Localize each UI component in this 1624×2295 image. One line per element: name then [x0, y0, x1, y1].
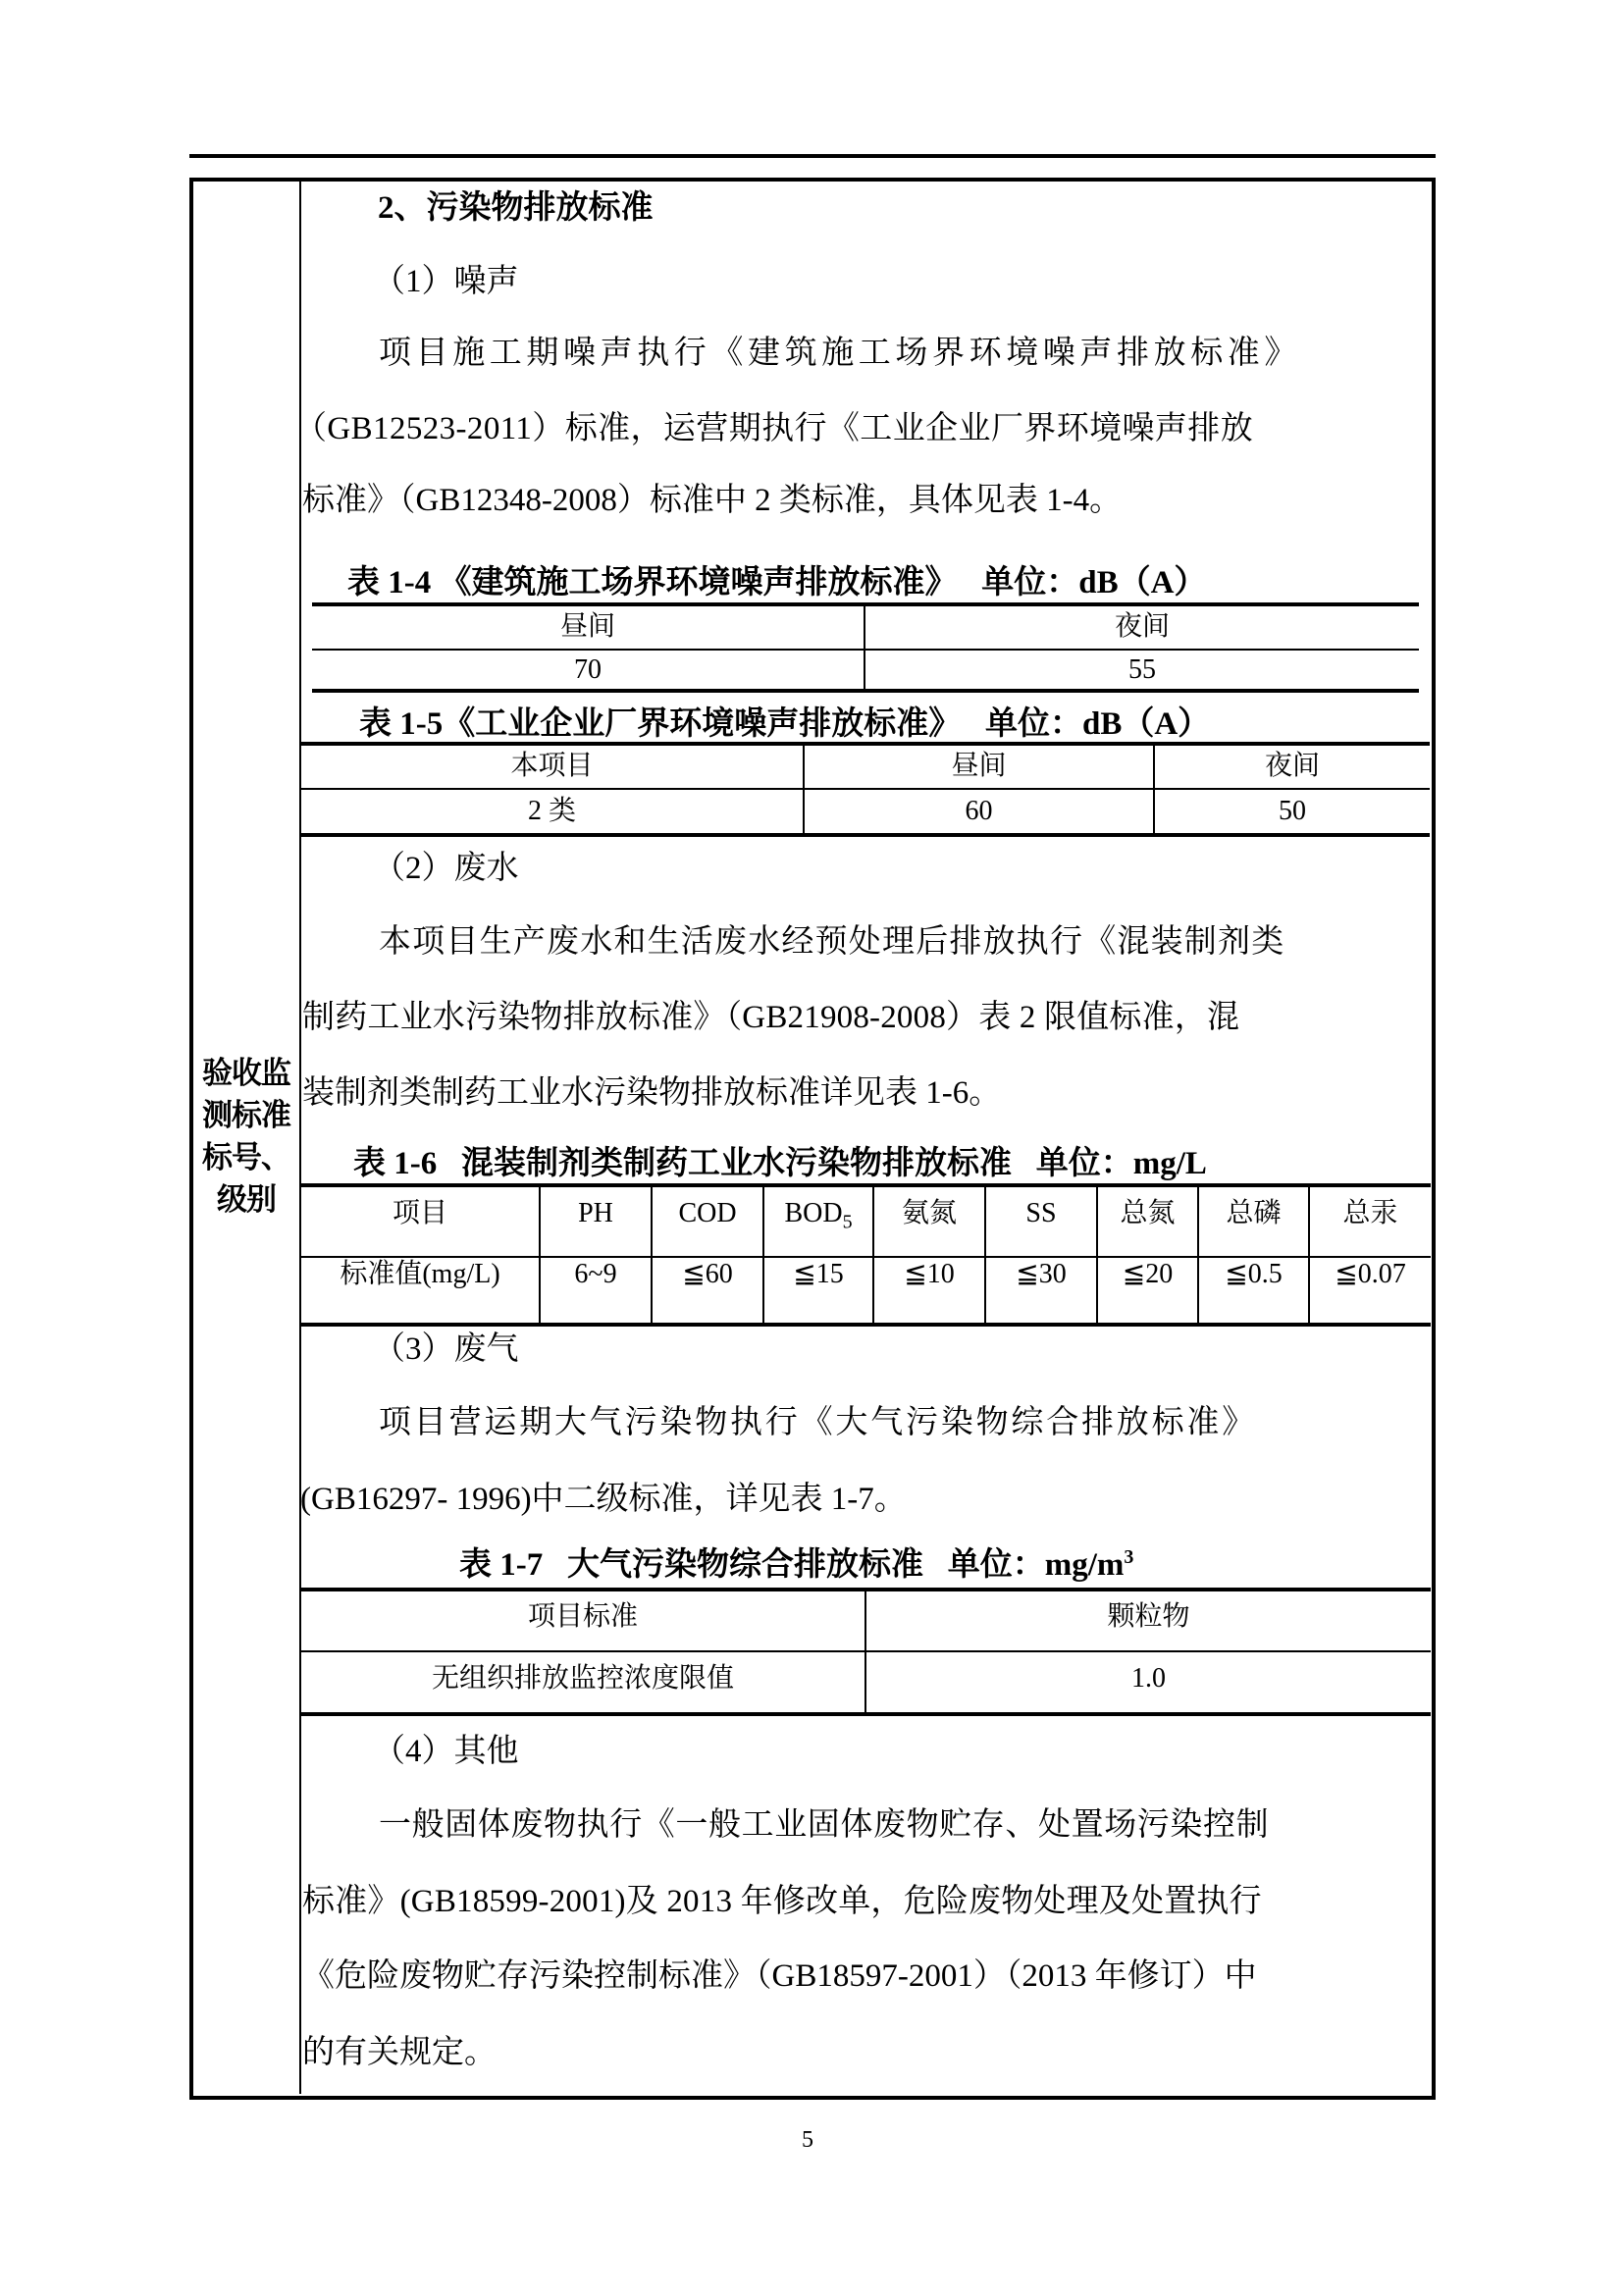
row-label-line: 标号、 — [193, 1137, 299, 1179]
bod-label: BOD — [784, 1198, 842, 1228]
other-paragraph-line: 的有关规定。 — [302, 2033, 497, 2072]
exhaust-heading: （3）废气 — [373, 1330, 519, 1369]
table-rule — [312, 602, 1419, 606]
table-1-4-header-day: 昼间 — [312, 612, 864, 642]
row-label-line: 验收监 — [193, 1053, 299, 1095]
table-1-7-value-particulate: 1.0 — [866, 1664, 1431, 1694]
row-label: 验收监 测标准 标号、 级别 — [193, 1053, 299, 1222]
table-rule — [301, 788, 1430, 790]
exhaust-paragraph-line: (GB16297- 1996)中二级标准，详见表 1-7。 — [300, 1480, 907, 1519]
table-1-5-header-project: 本项目 — [301, 752, 803, 781]
table-rule — [312, 689, 1419, 693]
wastewater-paragraph-line: 制药工业水污染物排放标准》（GB21908-2008）表 2 限值标准，混 — [302, 998, 1239, 1037]
caption-superscript: 3 — [1124, 1546, 1133, 1568]
table-1-7-header-item: 项目标准 — [301, 1602, 864, 1632]
other-paragraph-line: 标准》(GB18599-2001)及 2013 年修改单，危险废物处理及处置执行 — [302, 1882, 1262, 1921]
label-column-divider — [299, 180, 301, 2094]
noise-heading: （1）噪声 — [373, 262, 519, 301]
table-1-6-value-label: 标准值(mg/L) — [301, 1260, 539, 1289]
page-number: 5 — [785, 2127, 830, 2154]
table-1-6-caption: 表 1-6 混装制剂类制药工业水污染物排放标准 单位：mg/L — [353, 1144, 1207, 1183]
row-label-line: 级别 — [193, 1179, 299, 1222]
noise-paragraph-line: （GB12523-2011）标准，运营期执行《工业企业厂界环境噪声排放 — [294, 409, 1253, 448]
table-1-4-value-day: 70 — [312, 655, 864, 685]
table-1-5-header-night: 夜间 — [1155, 752, 1430, 781]
table-1-6-value-bod5: ≦15 — [764, 1260, 872, 1289]
table-1-6-header-ammonia: 氨氮 — [874, 1199, 984, 1228]
wastewater-heading: （2）废水 — [373, 849, 519, 888]
table-1-7-caption: 表 1-7 大气污染物综合排放标准 单位：mg/m3 — [459, 1545, 1133, 1585]
table-1-6-value-total-p: ≦0.5 — [1199, 1260, 1308, 1289]
table-1-5-value-night: 50 — [1155, 797, 1430, 826]
table-1-4-caption: 表 1-4 《建筑施工场界环境噪声排放标准》 单位：dB（A） — [347, 563, 1206, 602]
table-1-6-header-total-hg: 总汞 — [1310, 1199, 1431, 1228]
table-1-6-header-total-n: 总氮 — [1098, 1199, 1197, 1228]
table-1-7-header-particulate: 颗粒物 — [866, 1602, 1431, 1632]
table-1-6-value-cod: ≦60 — [653, 1260, 762, 1289]
table-1-6-header-total-p: 总磷 — [1199, 1199, 1308, 1228]
table-1-6-value-total-n: ≦20 — [1098, 1260, 1197, 1289]
table-1-6-value-total-hg: ≦0.07 — [1310, 1260, 1431, 1289]
table-1-5-value-day: 60 — [805, 797, 1153, 826]
table-rule — [312, 649, 1419, 651]
table-rule — [301, 1323, 1431, 1327]
table-1-6-header-ss: SS — [986, 1199, 1096, 1228]
table-1-4-header-night: 夜间 — [865, 612, 1419, 642]
table-1-6-value-ph: 6~9 — [541, 1260, 651, 1289]
table-rule — [301, 833, 1430, 837]
table-1-7-caption-text: 表 1-7 大气污染物综合排放标准 单位：mg/m — [459, 1547, 1124, 1583]
table-rule — [301, 1256, 1431, 1258]
table-1-4-value-night: 55 — [865, 655, 1419, 685]
other-paragraph-line: 一般固体废物执行《一般工业固体废物贮存、处置场污染控制 — [379, 1805, 1269, 1845]
table-1-5-value-class: 2 类 — [301, 797, 803, 826]
row-label-line: 测标准 — [193, 1095, 299, 1137]
header-rule — [189, 154, 1436, 158]
other-heading: （4）其他 — [373, 1732, 519, 1771]
table-1-6-header-cod: COD — [653, 1199, 762, 1228]
wastewater-paragraph-line: 本项目生产废水和生活废水经预处理后排放执行《混装制剂类 — [379, 922, 1284, 962]
noise-paragraph-line: 标准》（GB12348-2008）标准中 2 类标准，具体见表 1-4。 — [302, 481, 1122, 520]
table-rule — [301, 1183, 1431, 1187]
table-rule — [301, 742, 1430, 746]
table-1-7-value-label: 无组织排放监控浓度限值 — [301, 1664, 864, 1694]
wastewater-paragraph-line: 装制剂类制药工业水污染物排放标准详见表 1-6。 — [302, 1073, 1001, 1113]
table-1-5-caption: 表 1-5《工业企业厂界环境噪声排放标准》 单位：dB（A） — [359, 704, 1210, 744]
bod-subscript: 5 — [843, 1212, 853, 1233]
table-1-6-value-ss: ≦30 — [986, 1260, 1096, 1289]
table-1-6-value-ammonia: ≦10 — [874, 1260, 984, 1289]
other-paragraph-line: 《危险废物贮存污染控制标准》（GB18597-2001）（2013 年修订）中 — [302, 1956, 1257, 1996]
table-1-6-header-ph: PH — [541, 1199, 651, 1228]
exhaust-paragraph-line: 项目营运期大气污染物执行《大气污染物综合排放标准》 — [379, 1403, 1257, 1442]
table-1-5-header-day: 昼间 — [805, 752, 1153, 781]
section-title: 2、污染物排放标准 — [378, 188, 654, 228]
table-1-6-header-item: 项目 — [301, 1199, 539, 1228]
table-1-6-header-bod5: BOD5 — [764, 1199, 872, 1228]
noise-paragraph-line: 项目施工期噪声执行《建筑施工场界环境噪声排放标准》 — [379, 334, 1301, 373]
